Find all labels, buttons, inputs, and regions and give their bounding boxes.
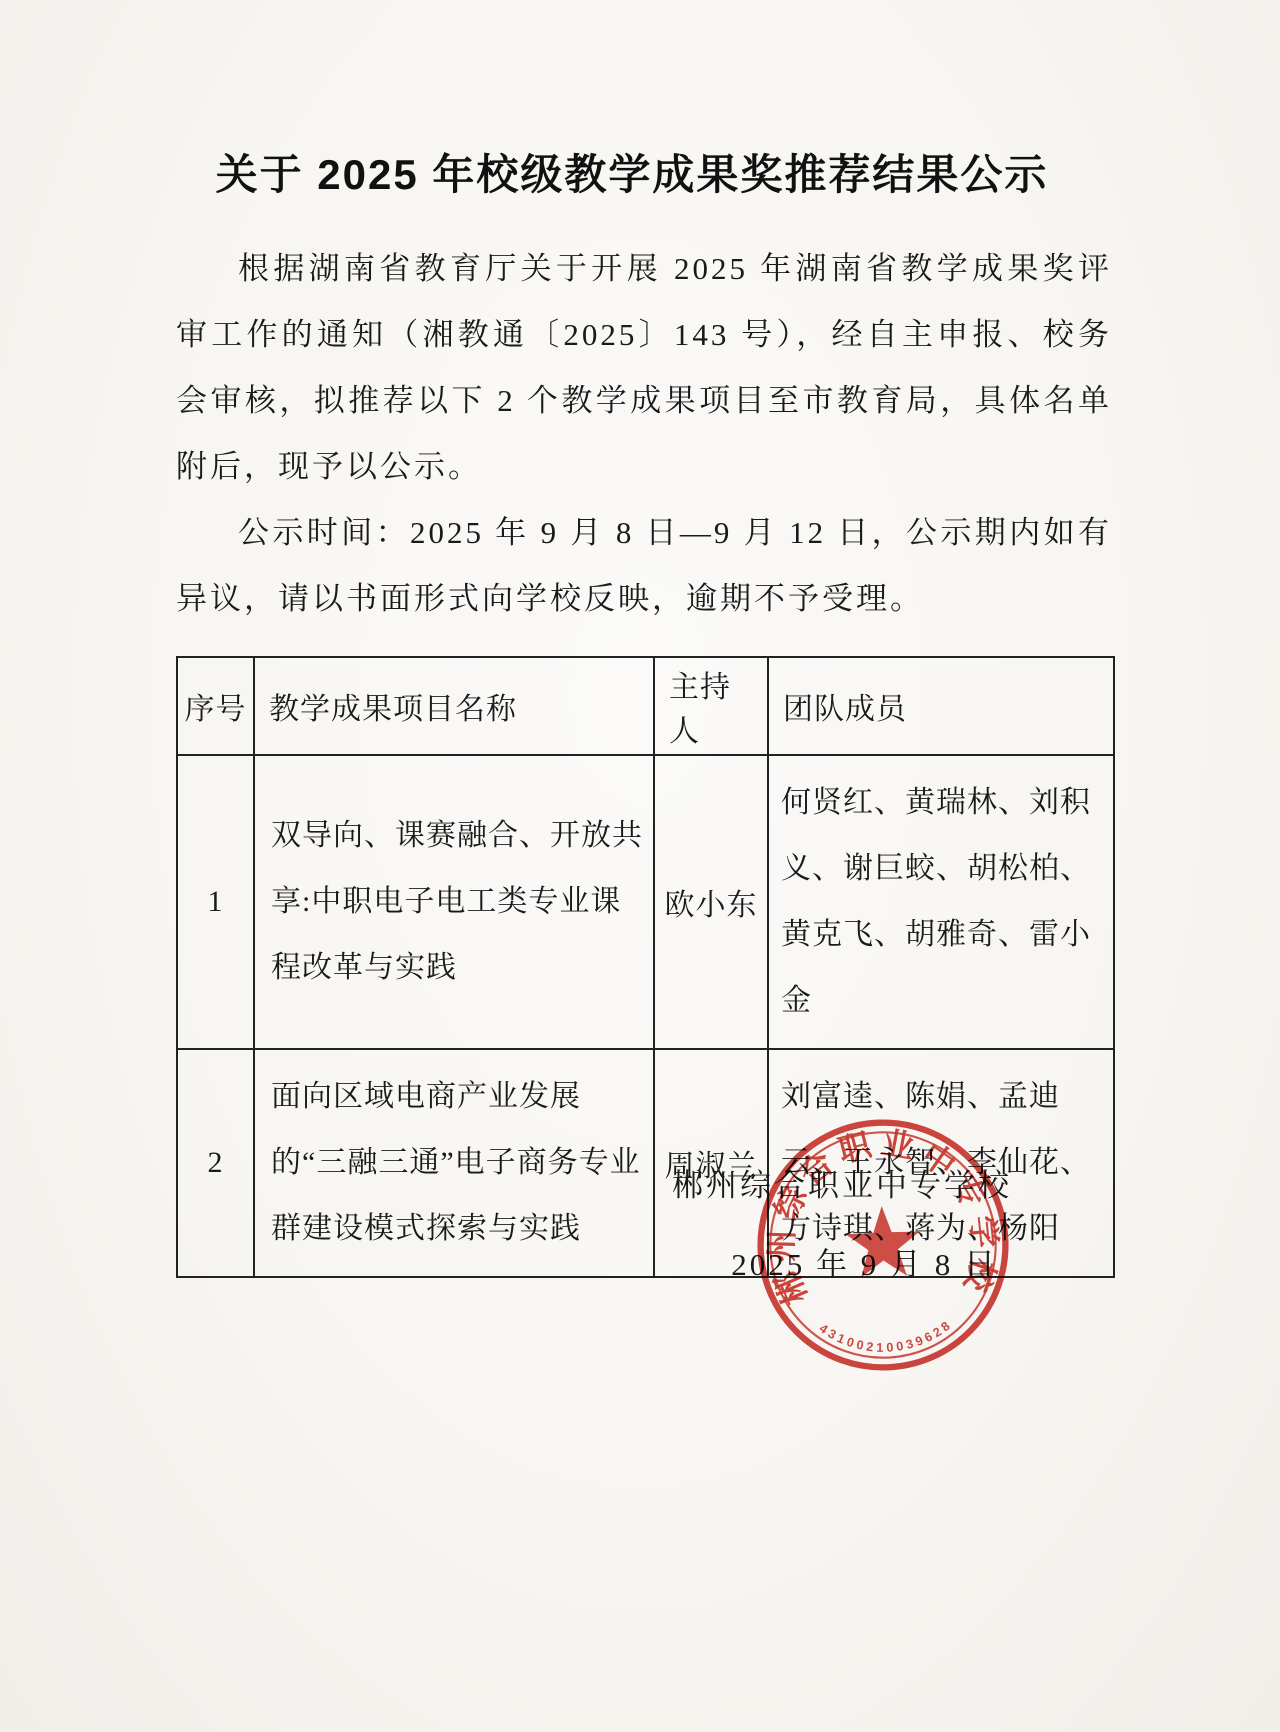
header-leader: 主持人 [654,657,768,755]
table-row: 1 双导向、课赛融合、开放共享:中职电子电工类专业课程改革与实践 欧小东 何贤红… [177,755,1114,1049]
document-title: 关于 2025 年校级教学成果奖推荐结果公示 [152,142,1112,202]
row1-serial: 1 [177,755,254,1049]
row2-project: 面向区域电商产业发展的“三融三通”电子商务专业群建设模式探索与实践 [254,1049,654,1277]
seal-serial-number: 43100210039628 [816,1317,956,1358]
header-serial-number: 序号 [177,657,254,755]
paragraph-basis: 根据湖南省教育厅关于开展 2025 年湖南省教学成果奖评审工作的通知（湘教通〔2… [176,236,1112,500]
header-project-name: 教学成果项目名称 [254,657,654,755]
official-seal-stamp: 郴州综合职业中专学校 43100210039628 [742,1104,1023,1385]
row1-project: 双导向、课赛融合、开放共享:中职电子电工类专业课程改革与实践 [254,755,654,1049]
row2-serial: 2 [177,1049,254,1277]
row1-leader: 欧小东 [654,755,768,1049]
paragraph-publicity-period: 公示时间：2025 年 9 月 8 日—9 月 12 日，公示期内如有异议，请以… [176,500,1112,632]
table-header-row: 序号 教学成果项目名称 主持人 团队成员 [177,657,1114,755]
document-body: 根据湖南省教育厅关于开展 2025 年湖南省教学成果奖评审工作的通知（湘教通〔2… [176,236,1112,632]
row1-team: 何贤红、黄瑞林、刘积义、谢巨蛟、胡松柏、黄克飞、胡雅奇、雷小金 [768,755,1114,1049]
header-team-members: 团队成员 [768,657,1114,755]
seal-star-icon [845,1205,921,1278]
document-page: 关于 2025 年校级教学成果奖推荐结果公示 根据湖南省教育厅关于开展 2025… [0,0,1280,1732]
seal-graphic: 郴州综合职业中专学校 43100210039628 [742,1104,1023,1385]
